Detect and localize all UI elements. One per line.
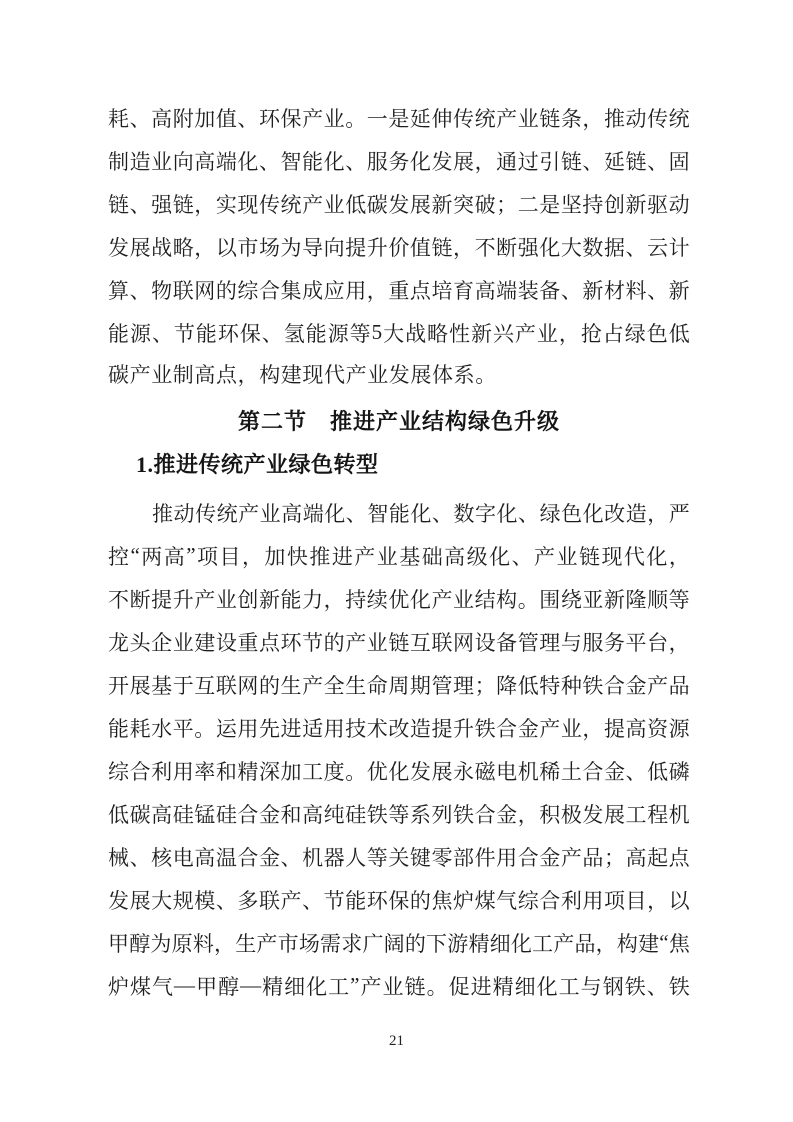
subsection-heading: 1.推进传统产业绿色转型 (108, 443, 690, 486)
text-line: 制造业向高端化、智能化、服务化发展，通过引链、延链、固 (108, 139, 690, 182)
text-line: 开展基于互联网的生产全生命周期管理；降低特种铁合金产品 (108, 663, 690, 706)
text-line: 能耗水平。运用先进适用技术改造提升铁合金产业，提高资源 (108, 706, 690, 749)
text-line: 发展大规模、多联产、节能环保的焦炉煤气综合利用项目，以 (108, 878, 690, 921)
paragraph-main: 推动传统产业高端化、智能化、数字化、绿色化改造，严控“两高”项目，加快推进产业基… (108, 491, 690, 1007)
text-line: 龙头企业建设重点环节的产业链互联网设备管理与服务平台， (108, 620, 690, 663)
text-line: 耗、高附加值、环保产业。一是延伸传统产业链条，推动传统 (108, 96, 690, 139)
section-heading: 第二节 推进产业结构绿色升级 (108, 400, 690, 443)
text-line: 低碳高硅锰硅合金和高纯硅铁等系列铁合金，积极发展工程机 (108, 792, 690, 835)
text-line: 械、核电高温合金、机器人等关键零部件用合金产品；高起点 (108, 835, 690, 878)
text-line: 控“两高”项目，加快推进产业基础高级化、产业链现代化， (108, 534, 690, 577)
text-line: 综合利用率和精深加工度。优化发展永磁电机稀土合金、低磷 (108, 749, 690, 792)
text-line: 算、物联网的综合集成应用，重点培育高端装备、新材料、新 (108, 268, 690, 311)
text-line: 链、强链，实现传统产业低碳发展新突破；二是坚持创新驱动 (108, 182, 690, 225)
page-number: 21 (0, 1033, 793, 1050)
document-page: 耗、高附加值、环保产业。一是延伸传统产业链条，推动传统制造业向高端化、智能化、服… (0, 0, 793, 1122)
paragraph-continuation: 耗、高附加值、环保产业。一是延伸传统产业链条，推动传统制造业向高端化、智能化、服… (108, 96, 690, 397)
text-line: 能源、节能环保、氢能源等5大战略性新兴产业，抢占绿色低 (108, 311, 690, 354)
text-line: 甲醇为原料，生产市场需求广阔的下游精细化工产品，构建“焦 (108, 921, 690, 964)
text-line: 不断提升产业创新能力，持续优化产业结构。围绕亚新隆顺等 (108, 577, 690, 620)
text-line: 炉煤气—甲醇—精细化工”产业链。促进精细化工与钢铁、铁 (108, 964, 690, 1007)
text-line: 碳产业制高点，构建现代产业发展体系。 (108, 354, 690, 397)
text-line: 发展战略，以市场为导向提升价值链，不断强化大数据、云计 (108, 225, 690, 268)
text-line: 推动传统产业高端化、智能化、数字化、绿色化改造，严 (108, 491, 690, 534)
